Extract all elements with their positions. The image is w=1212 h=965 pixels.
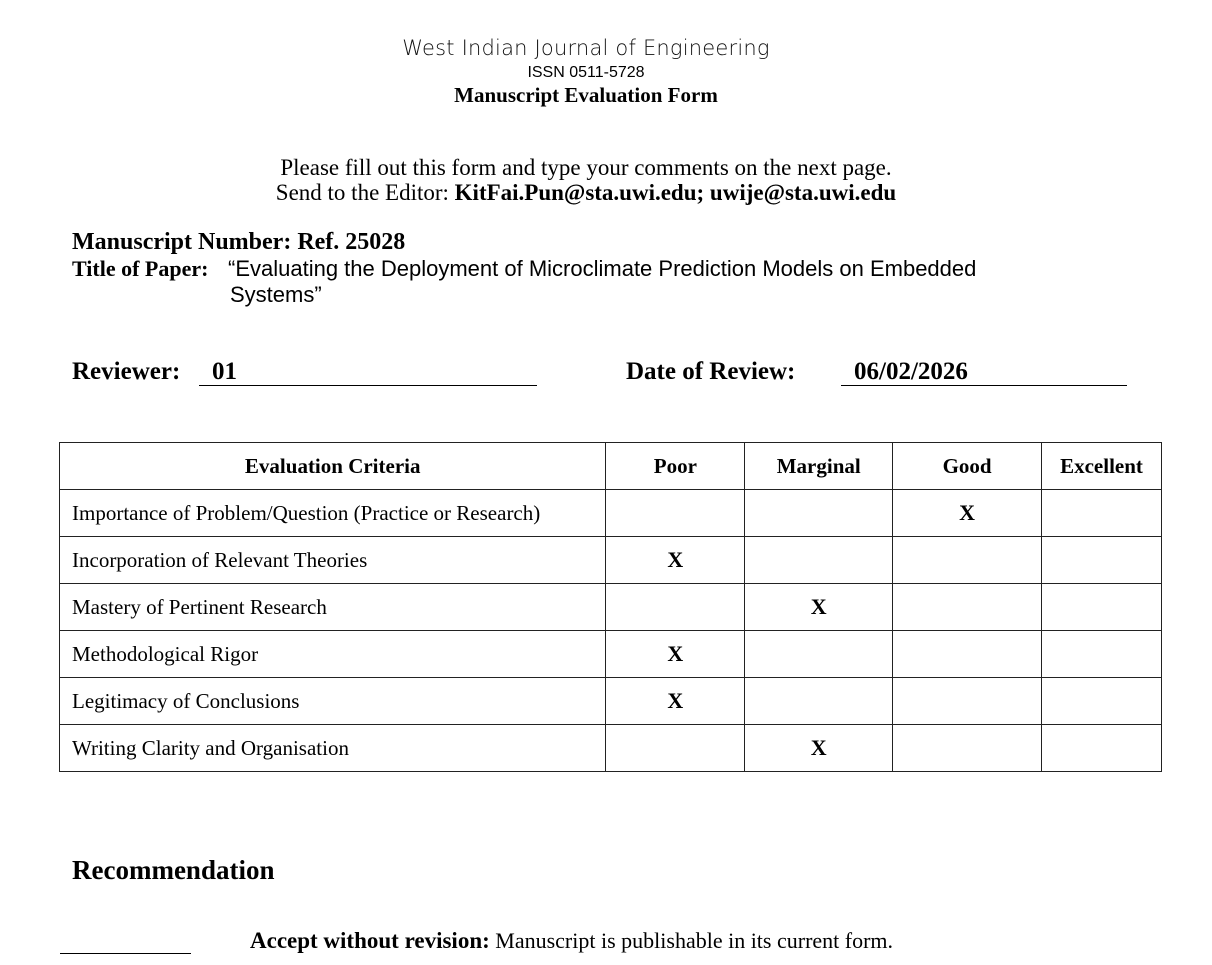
send-to-label: Send to the Editor: — [276, 180, 455, 205]
rating-cell-good[interactable] — [893, 678, 1042, 725]
editor-emails[interactable]: KitFai.Pun@sta.uwi.edu; uwije@sta.uwi.ed… — [455, 180, 897, 205]
table-row: Methodological RigorX — [60, 631, 1162, 678]
reviewer-field[interactable] — [199, 385, 537, 386]
rating-cell-poor[interactable] — [606, 725, 745, 772]
header-excellent: Excellent — [1042, 443, 1162, 490]
rating-cell-poor[interactable]: X — [606, 678, 745, 725]
criterion-label: Mastery of Pertinent Research — [60, 584, 606, 631]
table-row: Importance of Problem/Question (Practice… — [60, 490, 1162, 537]
rating-cell-poor[interactable]: X — [606, 537, 745, 584]
journal-name: West Indian Journal of Engineering — [0, 36, 1172, 60]
rating-cell-excellent[interactable] — [1042, 631, 1162, 678]
rating-cell-poor[interactable] — [606, 584, 745, 631]
paper-title-line-2: Systems” — [230, 282, 322, 308]
title-label: Title of Paper: — [72, 256, 208, 282]
header-criteria: Evaluation Criteria — [60, 443, 606, 490]
issn: ISSN 0511-5728 — [0, 64, 1172, 82]
rating-cell-excellent[interactable] — [1042, 725, 1162, 772]
rating-cell-marginal[interactable] — [745, 631, 893, 678]
accept-without-revision-option: Accept without revision: Manuscript is p… — [250, 928, 893, 954]
table-row: Writing Clarity and OrganisationX — [60, 725, 1162, 772]
rating-cell-excellent[interactable] — [1042, 678, 1162, 725]
rating-cell-good[interactable] — [893, 725, 1042, 772]
criterion-label: Legitimacy of Conclusions — [60, 678, 606, 725]
date-of-review-value[interactable]: 06/02/2026 — [854, 358, 968, 386]
reviewer-label: Reviewer: — [72, 358, 180, 386]
rating-cell-poor[interactable]: X — [606, 631, 745, 678]
rating-cell-excellent[interactable] — [1042, 537, 1162, 584]
rating-cell-marginal[interactable]: X — [745, 584, 893, 631]
rating-cell-marginal[interactable]: X — [745, 725, 893, 772]
paper-title-line-1: “Evaluating the Deployment of Microclima… — [228, 256, 1088, 282]
rating-cell-good[interactable] — [893, 537, 1042, 584]
criterion-label: Methodological Rigor — [60, 631, 606, 678]
criterion-label: Writing Clarity and Organisation — [60, 725, 606, 772]
criterion-label: Importance of Problem/Question (Practice… — [60, 490, 606, 537]
header-marginal: Marginal — [745, 443, 893, 490]
reviewer-value[interactable]: 01 — [212, 358, 237, 386]
table-row: Incorporation of Relevant TheoriesX — [60, 537, 1162, 584]
option-description: Manuscript is publishable in its current… — [490, 928, 893, 953]
date-of-review-label: Date of Review: — [626, 358, 795, 386]
table-row: Legitimacy of ConclusionsX — [60, 678, 1162, 725]
header-poor: Poor — [606, 443, 745, 490]
recommendation-heading: Recommendation — [72, 855, 274, 886]
instructions-line-2: Send to the Editor: KitFai.Pun@sta.uwi.e… — [0, 180, 1172, 206]
rating-cell-marginal[interactable] — [745, 678, 893, 725]
instructions-line-1: Please fill out this form and type your … — [0, 155, 1172, 181]
rating-cell-good[interactable] — [893, 631, 1042, 678]
rating-cell-excellent[interactable] — [1042, 490, 1162, 537]
rating-cell-good[interactable] — [893, 584, 1042, 631]
manuscript-number: Manuscript Number: Ref. 25028 — [72, 229, 405, 256]
header-good: Good — [893, 443, 1042, 490]
rating-cell-marginal[interactable] — [745, 490, 893, 537]
rating-cell-good[interactable]: X — [893, 490, 1042, 537]
rating-cell-poor[interactable] — [606, 490, 745, 537]
rating-cell-marginal[interactable] — [745, 537, 893, 584]
evaluation-table: Evaluation Criteria Poor Marginal Good E… — [59, 442, 1162, 772]
rating-cell-excellent[interactable] — [1042, 584, 1162, 631]
table-row: Mastery of Pertinent ResearchX — [60, 584, 1162, 631]
option-label: Accept without revision: — [250, 928, 490, 953]
criterion-label: Incorporation of Relevant Theories — [60, 537, 606, 584]
form-title: Manuscript Evaluation Form — [0, 83, 1172, 108]
accept-without-revision-field[interactable] — [60, 953, 191, 954]
evaluation-header-row: Evaluation Criteria Poor Marginal Good E… — [60, 443, 1162, 490]
